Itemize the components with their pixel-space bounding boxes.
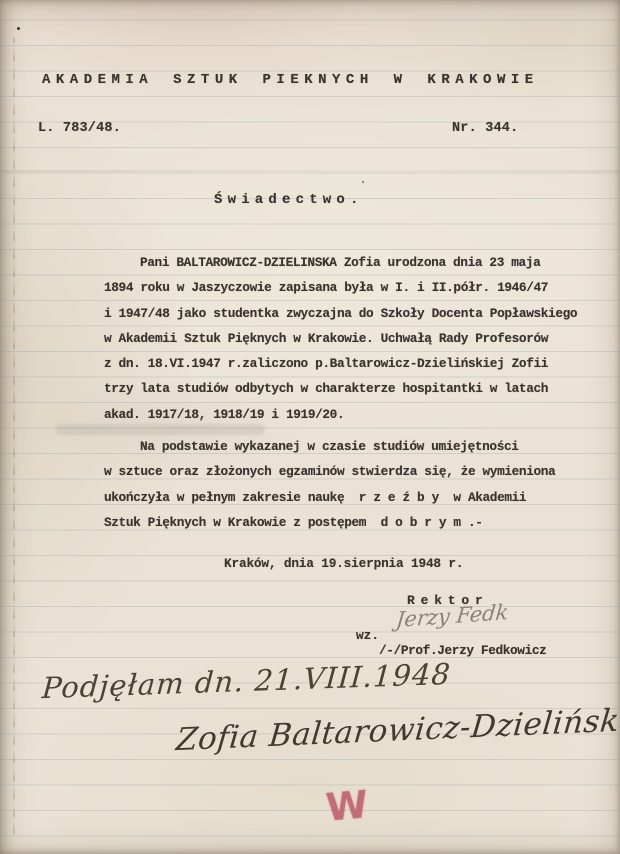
body-line: Pani BALTAROWICZ-DZIELINSKA Zofia urodzo…: [104, 250, 604, 275]
reference-number-left: L. 783/48.: [38, 121, 121, 136]
reference-number-right: Nr. 344.: [452, 121, 518, 136]
body-line: 1894 roku w Jaszyczowie zapisana była w …: [104, 275, 604, 300]
paper-speck: [362, 181, 364, 183]
certificate-document-page: AKADEMIA SZTUK PIEKNYCH W KRAKOWIE L. 78…: [0, 0, 620, 854]
letterhead: AKADEMIA SZTUK PIEKNYCH W KRAKOWIE: [42, 72, 539, 88]
body-line: Na podstawie wykazanej w czasie studiów …: [104, 434, 604, 459]
body-line: w Akademii Sztuk Pięknych w Krakowie. Uc…: [104, 326, 604, 351]
body-paragraph-1: Pani BALTAROWICZ-DZIELINSKA Zofia urodzo…: [104, 250, 604, 427]
on-behalf-abbrev: wz.: [356, 628, 379, 643]
handwritten-signature: Zofia Baltarowicz-Dzielińska: [174, 702, 620, 758]
red-crayon-mark: W: [324, 782, 370, 829]
body-line: w sztuce oraz złożonych egzaminów stwier…: [104, 459, 604, 484]
body-line: akad. 1917/18, 1918/19 i 1919/20.: [104, 402, 604, 427]
body-line: Sztuk Pięknych w Krakowie z postępem d o…: [104, 510, 604, 535]
body-line: ukończyła w pełnym zakresie naukę r z e …: [104, 485, 604, 510]
body-paragraph-2: Na podstawie wykazanej w czasie studiów …: [104, 434, 604, 535]
typed-signature: /-/Prof.Jerzy Fedkowicz: [379, 643, 546, 658]
handwritten-receipt-note: Podjęłam dn. 21.VIII.1948: [41, 657, 452, 705]
document-title: Świadectwo.: [214, 192, 364, 208]
body-line: z dn. 18.VI.1947 r.zaliczono p.Baltarowi…: [104, 351, 604, 376]
dateline: Kraków, dnia 19.sierpnia 1948 r.: [224, 556, 463, 571]
body-line: trzy lata studiów odbytych w charakterze…: [104, 376, 604, 401]
paper-crease-horizontal: [0, 170, 620, 172]
body-line: i 1947/48 jako studentka zwyczajna do Sz…: [104, 301, 604, 326]
paper-crease-vertical: [13, 38, 15, 834]
paper-speck: [17, 27, 20, 30]
